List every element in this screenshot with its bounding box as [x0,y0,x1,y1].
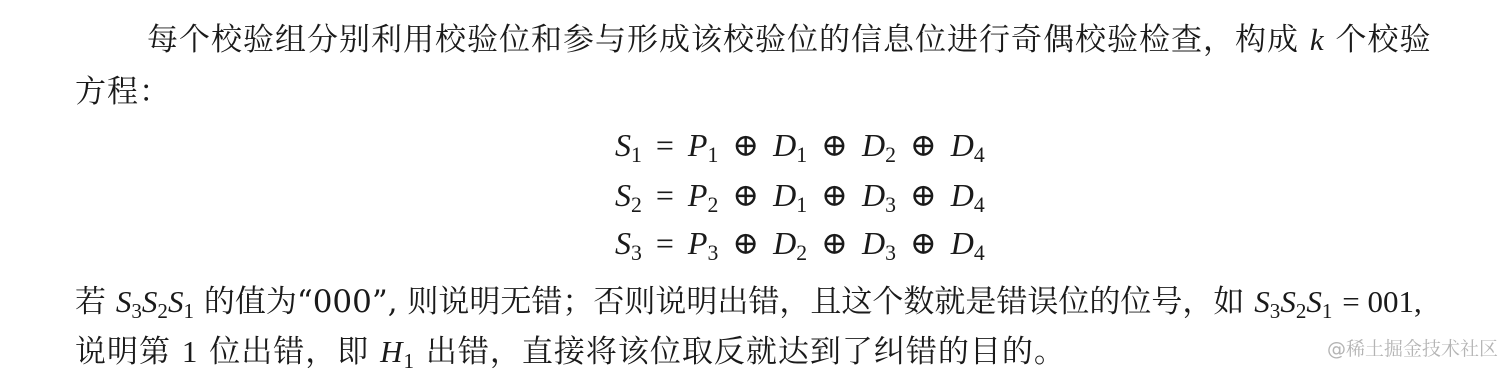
eq-term-sub: 3 [885,241,896,265]
syndrome-var: S [1280,284,1296,319]
eq-lhs-var: S [615,225,631,261]
eq-term-sub: 3 [707,241,718,265]
syndrome-s3s2s1: S3S2S1 [116,284,194,319]
eq-term-var: D [862,177,885,213]
eq-term-sub: 3 [885,193,896,217]
xor-operator: ⊕ [732,177,759,213]
xor-operator: ⊕ [732,127,759,163]
syndrome-sub: 2 [1296,299,1307,323]
equals-sign: = [656,225,674,261]
syndrome-sub: 1 [183,299,194,323]
paragraph1-line2-text: 方程： [75,74,171,110]
paragraph1-text-suffix: 个校验 [1335,22,1431,58]
syndrome-sub: 3 [131,299,142,323]
equals-sign: = [656,177,674,213]
eq-term-sub: 1 [796,143,807,167]
syndrome-s3s2s1-example: S3S2S1 [1254,284,1332,319]
paragraph1-text-prefix: 每个校验组分别利用校验位和参与形成该校验位的信息位进行奇偶校验检查，构成 [147,22,1299,58]
variable-h1: H1 [380,334,415,369]
eq-lhs-sub: 1 [631,143,642,167]
eq-term-var: P [688,127,708,163]
paragraph1-line1: 每个校验组分别利用校验位和参与形成该校验位的信息位进行奇偶校验检查，构成 k 个… [147,14,1431,59]
eq-term-var: P [688,177,708,213]
equation-s1: S1 = P1 ⊕ D1 ⊕ D2 ⊕ D4 [615,126,985,164]
syndrome-sub: 1 [1322,299,1333,323]
equals-sign: = [656,127,674,163]
syndrome-var: S [1254,284,1270,319]
syndrome-var: S [168,284,184,319]
eq-term-var: D [951,127,974,163]
syndrome-var: S [116,284,132,319]
eq-term-sub: 2 [885,143,896,167]
bit-number: 1 [182,334,199,369]
eq-term-var: D [951,225,974,261]
paragraph2-text: 出错，直接将该位取反就达到了纠错的目的。 [426,334,1066,370]
variable-k: k [1310,22,1325,57]
eq-term-sub: 1 [796,193,807,217]
eq-term-var: D [862,127,885,163]
watermark: @稀土掘金技术社区 [1327,334,1498,361]
syndrome-example-value: = 001, [1342,284,1421,319]
xor-operator: ⊕ [821,127,848,163]
eq-term-var: D [773,177,796,213]
eq-term-sub: 2 [796,241,807,265]
xor-operator: ⊕ [910,127,937,163]
eq-term-sub: 1 [707,143,718,167]
paragraph2-line1: 若 S3S2S1 的值为“000”, 则说明无错；否则说明出错，且这个数就是错误… [75,276,1422,321]
xor-operator: ⊕ [732,225,759,261]
syndrome-var: S [1306,284,1322,319]
xor-operator: ⊕ [910,177,937,213]
eq-term-sub: 2 [707,193,718,217]
paragraph2-text: 若 [75,284,106,320]
eq-term-var: P [688,225,708,261]
h-var: H [380,334,403,369]
eq-lhs-sub: 2 [631,193,642,217]
xor-operator: ⊕ [821,177,848,213]
syndrome-sub: 3 [1270,299,1281,323]
equation-s2: S2 = P2 ⊕ D1 ⊕ D3 ⊕ D4 [615,176,985,214]
equation-s3: S3 = P3 ⊕ D2 ⊕ D3 ⊕ D4 [615,224,985,262]
xor-operator: ⊕ [821,225,848,261]
eq-term-var: D [951,177,974,213]
eq-term-var: D [862,225,885,261]
syndrome-var: S [142,284,158,319]
syndrome-sub: 2 [157,299,168,323]
eq-term-var: D [773,225,796,261]
paragraph2-text: 的值为“000”, 则说明无错；否则说明出错，且这个数就是错误位的位号，如 [204,284,1245,320]
xor-operator: ⊕ [910,225,937,261]
h-sub: 1 [403,349,415,373]
paragraph2-line2: 说明第 1 位出错，即 H1 出错，直接将该位取反就达到了纠错的目的。 [75,326,1066,371]
paragraph1-line2: 方程： [75,66,171,111]
eq-lhs-var: S [615,177,631,213]
eq-lhs-sub: 3 [631,241,642,265]
eq-term-sub: 4 [974,241,985,265]
eq-term-sub: 4 [974,143,985,167]
paragraph2-text: 位出错，即 [209,334,369,370]
eq-lhs-var: S [615,127,631,163]
paragraph2-text: 说明第 [75,334,171,370]
eq-term-sub: 4 [974,193,985,217]
eq-term-var: D [773,127,796,163]
